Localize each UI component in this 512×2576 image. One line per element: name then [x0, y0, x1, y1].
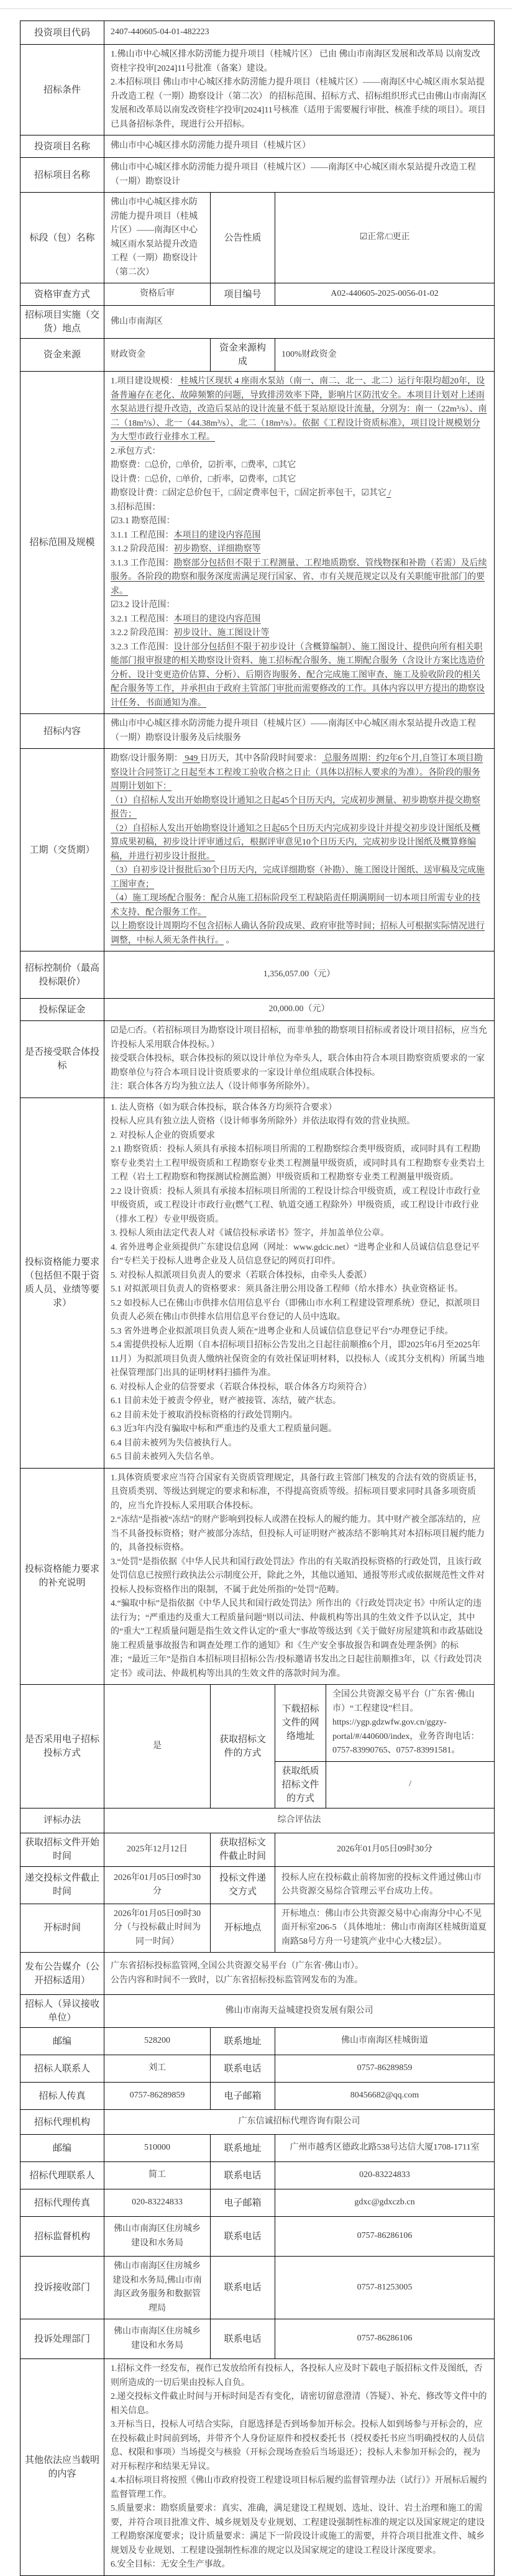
submission-deadline-value: 2026年01月05日09时30分: [104, 1866, 211, 1904]
tender-content-label: 招标内容: [21, 714, 104, 749]
table-row: 投资项目代码 2407-440605-04-01-482223: [21, 21, 495, 45]
scope-and-scale-label: 招标范围及规模: [21, 372, 104, 714]
paragraph: 5.4 需提供投标人近期（自本招标项目招标公告发出之日起往前顺推6个月，即202…: [111, 1339, 488, 1381]
evaluation-method-label: 评标办法: [21, 1808, 104, 1833]
paragraph: 5.2 如投标人已在佛山市供排水信用信息平台（即佛山市水利工程建设管理系统）登记…: [111, 1297, 488, 1325]
table-row: 招标人传真 0757-86289859 电子邮箱 80456682@qq.com: [21, 2083, 495, 2110]
table-row: 资金来源 财政资金 资金来源构成 100%财政资金: [21, 339, 495, 372]
table-row: 其他依法应当载明的内容 1.招标文件一经发布，视作已发放给所有投标人，各投标人应…: [21, 2359, 495, 2576]
paragraph: ☑3.2 设计范围：: [111, 598, 488, 613]
table-row: 投诉接收部门 佛山市南海区住房城乡建设和水务局,佛山市南海区政务服务和数据管理局…: [21, 2257, 495, 2319]
paragraph: 公告内容和时间不一致时，以广东省招标投标监管网发布的为准。: [111, 1974, 488, 1988]
top-divider: [0, 8, 512, 9]
submission-deadline-label: 递交投标文件截止时间: [21, 1866, 104, 1904]
table-row: 招标项目实施（交货）地点 佛山市南海区: [21, 306, 495, 339]
paragraph: 5. 对投标人拟派项目负责人的要求（若联合体投标，由牵头人委派）: [111, 1269, 488, 1283]
document-deadline-value: 2026年01月05日09时30分: [275, 1833, 495, 1866]
table-row: 招标项目名称 佛山市中心城区排水防涝能力提升项目（桂城片区）——南海区中心城区雨…: [21, 158, 495, 193]
opening-place-value: 开标地点：佛山市公共资源交易中心南海分中心不见面开标室206-5 （具体地址：佛…: [275, 1904, 495, 1953]
qualification-review-label: 资格审查方式: [21, 283, 104, 306]
agency-email-value: gdxc@gdxczb.cn: [275, 2189, 495, 2217]
paragraph: 5.1 对拟派项目负责人的资格要求：须具备注册公用设备工程师（给水排水）执业资格…: [111, 1283, 488, 1297]
tenderer-fax-label: 招标人传真: [21, 2083, 104, 2110]
table-row: 获取招标文件开始时间 2025年12月12日 获取招标文件截止时间 2026年0…: [21, 1833, 495, 1866]
paragraph: 3.1.1 工程范围：本项目的建设内容范围: [111, 529, 488, 543]
obtain-documents-method-label: 获取招标文件的方式: [211, 1685, 275, 1808]
tender-content-value: 佛山市中心城区排水防涝能力提升项目（桂城片区）——南海区中心城区雨水泵站提升改造…: [104, 714, 495, 749]
paragraph: 1. 法人资格（如为联合体投标，联合体各方均须符合要求）: [111, 1101, 488, 1116]
agency-phone-label: 联系电话: [211, 2162, 275, 2189]
supervision-phone-value: 0757-86286106: [275, 2217, 495, 2257]
control-price-value: 1,356,057.00（元）: [104, 951, 495, 999]
tenderer-address-label: 联系地址: [211, 2028, 275, 2055]
tenderer-contact-label: 招标人联系人: [21, 2055, 104, 2083]
qualification-supplement-label: 投标资格能力要求的补充说明: [21, 1468, 104, 1685]
paragraph: 1.项目建设规模： 桂城片区现状 4 座雨水泵站（南一、南二、北一、北二）运行年…: [111, 375, 488, 445]
table-row: 招标控制价（最高投标限价） 1,356,057.00（元）: [21, 951, 495, 999]
paragraph: 投标人应具有独立法人资格（设计师事务所除外）并依法取得有效的营业执照。: [111, 1115, 488, 1129]
table-row: 投资项目名称 佛山市中心城区排水防涝能力提升项目（桂城片区）: [21, 135, 495, 158]
table-row: 开标时间 2026年01月05日09时30分（与投标截止时间为同一时间） 开标地…: [21, 1904, 495, 1953]
table-row: 招标监督机构 佛山市南海区住房城乡建设和水务局 联系电话 0757-862861…: [21, 2217, 495, 2257]
other-contents-label: 其他依法应当载明的内容: [21, 2359, 104, 2576]
download-url-value: 全国公共资源交易平台（广东省·佛山市）“工程建设”栏目。https://ygp.…: [326, 1685, 495, 1762]
paragraph: 以上勘察设计周期均不包含招标人确认各阶段成果、政府审批等时间；招标人可根据实际情…: [111, 920, 488, 948]
table-row: 投标资格能力要求的补充说明 1.具体资质要求应当符合国家有关资质管理规定，具备行…: [21, 1468, 495, 1685]
opening-time-value: 2026年01月05日09时30分（与投标截止时间为同一时间）: [104, 1904, 211, 1953]
agency-email-label: 电子邮箱: [211, 2189, 275, 2217]
table-row: 资格审查方式 资格后审 项目编号 A02-440605-2025-0056-01…: [21, 283, 495, 306]
table-row: 招标人联系人 刘工 联系电话 0757-86289859: [21, 2055, 495, 2083]
agency-fax-value: 020-83224833: [104, 2189, 211, 2217]
tenderer-phone-label: 联系电话: [211, 2055, 275, 2083]
paragraph: 勘察设计费：□固定总价包干，□固定费率包干，□固定折率包干，☑其它 /: [111, 487, 488, 501]
complaint-handling-value: 佛山市南海区住房城乡建设和水务局: [104, 2319, 211, 2359]
delivery-location-value: 佛山市南海区: [104, 306, 495, 339]
tenderer-phone-value: 0757-86289859: [275, 2055, 495, 2083]
consortium-bid-label: 是否接受联合体投标: [21, 1021, 104, 1098]
paragraph: 1.招标文件一经发布，视作已发放给所有投标人，各投标人应及时下载电子版招标文件及…: [111, 2362, 488, 2390]
table-row: 是否接受联合体投标 ☑是/□否。（若招标项目为勘察设计项目招标，而非单独的勘察项…: [21, 1021, 495, 1098]
table-row: 发布公告媒介（公开招标适用） 广东省招标投标监管网,全国公共资源交易平台（广东省…: [21, 1953, 495, 1995]
paragraph: 3. 投标人须由法定代表人对《诚信投标承诺书》签字，并加盖单位公章。: [111, 1227, 488, 1241]
duration-value: 勘察/设计服务期： 949 日历天，其中各阶段时间要求： 总服务周期：约2年6个…: [104, 749, 495, 951]
paper-documents-value: /: [326, 1761, 495, 1808]
tender-conditions-label: 招标条件: [21, 45, 104, 135]
opening-time-label: 开标时间: [21, 1904, 104, 1953]
submission-method-value: 投标人应在投标截止前将加密的投标文件通过佛山市公共资源交易综合管理云平台成功上传…: [275, 1866, 495, 1904]
paragraph: 2.本招标项目 佛山市中心城区排水防涝能力提升项目（桂城片区）——南海区中心城区…: [111, 76, 488, 132]
complaint-receiving-phone-label: 联系电话: [211, 2257, 275, 2319]
investment-project-name-value: 佛山市中心城区排水防涝能力提升项目（桂城片区）: [104, 135, 495, 158]
table-row: 招标人（异议接收单位） 佛山市南海天益城建投资发展有限公司: [21, 1995, 495, 2028]
paragraph: 3.2.1 工程范围：本项目的建设内容范围: [111, 613, 488, 627]
tenderer-postcode-value: 528200: [104, 2028, 211, 2055]
agency-label: 招标代理机构: [21, 2110, 104, 2135]
paragraph: 3.1.2 阶段范围：初步勘察、详细勘察等: [111, 543, 488, 557]
paragraph: 5.3 省外进粤企业拟派项目负责人须在“进粤企业和人员诚信信息登记平台”办理登记…: [111, 1325, 488, 1339]
paragraph: 3.“处罚”是指依据《中华人民共和国行政处罚法》作出的有关取消投标资格的行政处罚…: [111, 1556, 488, 1598]
paragraph: 6.安全目标：无安全生产事故。: [111, 2558, 488, 2572]
paragraph: 3.开标当日，投标人可结合实际，自愿选择是否到场参加开标会。投标人如到场参与开标…: [111, 2418, 488, 2474]
announcement-media-value: 广东省招标投标监管网,全国公共资源交易平台（广东省·佛山市）。公告内容和时间不一…: [104, 1953, 495, 1995]
opening-place-label: 开标地点: [211, 1904, 275, 1953]
control-price-label: 招标控制价（最高投标限价）: [21, 951, 104, 999]
funding-composition-value: 100%财政资金: [275, 339, 495, 372]
bid-deposit-value: 20,000.00（元）: [104, 999, 495, 1021]
paper-documents-label: 获取纸质招标文件的方式: [275, 1761, 326, 1808]
paragraph: 6.2 目前未处于被取消投标资格的行政处罚期内。: [111, 1409, 488, 1423]
paragraph: 3.招标范围：: [111, 501, 488, 515]
table-row: 是否采用电子招标投标方式 是 获取招标文件的方式 下载招标文件的网络地址 全国公…: [21, 1685, 495, 1762]
project-number-value: A02-440605-2025-0056-01-02: [275, 283, 495, 306]
announcement-nature-value: ☑正常/□更正: [275, 193, 495, 283]
document-start-time-label: 获取招标文件开始时间: [21, 1833, 104, 1866]
tenderer-label: 招标人（异议接收单位）: [21, 1995, 104, 2028]
table-row: 标段（包）名称 佛山市中心城区排水防涝能力提升项目（桂城片区）——南海区中心城区…: [21, 193, 495, 283]
bid-deposit-label: 投标保证金: [21, 999, 104, 1021]
tenderer-email-label: 电子邮箱: [211, 2083, 275, 2110]
table-row: 投标资格能力要求（包括但不限于资质人员、业绩等要求） 1. 法人资格（如为联合体…: [21, 1098, 495, 1468]
tenderer-value: 佛山市南海天益城建投资发展有限公司: [104, 1995, 495, 2028]
qualification-review-value: 资格后审: [104, 283, 211, 306]
project-number-label: 项目编号: [211, 283, 275, 306]
agency-postcode-value: 510000: [104, 2135, 211, 2162]
investment-project-name-label: 投资项目名称: [21, 135, 104, 158]
complaint-handling-phone-label: 联系电话: [211, 2319, 275, 2359]
supervision-agency-label: 招标监督机构: [21, 2217, 104, 2257]
paragraph: 3.1.3 工作范围：勘察部分包括但不限于工程测量、工程地质勘察、管线物探和补勘…: [111, 557, 488, 599]
table-row: 招标代理传真 020-83224833 电子邮箱 gdxc@gdxczb.cn: [21, 2189, 495, 2217]
paragraph: 4.“骗取中标”是指依据《中华人民共和国行政处罚法》所作出的《行政处罚决定书》中…: [111, 1597, 488, 1681]
paragraph: 勘察/设计服务期： 949 日历天，其中各阶段时间要求： 总服务周期：约2年6个…: [111, 752, 488, 794]
section-package-name-value: 佛山市中心城区排水防涝能力提升项目（桂城片区）——南海区中心城区雨水泵站提升改造…: [104, 193, 211, 283]
complaint-receiving-label: 投诉接收部门: [21, 2257, 104, 2319]
supervision-phone-label: 联系电话: [211, 2217, 275, 2257]
duration-label: 工期（交货期）: [21, 749, 104, 951]
scope-and-scale-value: 1.项目建设规模： 桂城片区现状 4 座雨水泵站（南一、南二、北一、北二）运行年…: [104, 372, 495, 714]
electronic-bidding-value: 是: [104, 1685, 211, 1808]
tenderer-contact-value: 刘工: [104, 2055, 211, 2083]
tender-announcement-table: 投资项目代码 2407-440605-04-01-482223 招标条件 1.佛…: [20, 21, 495, 2576]
consortium-bid-value: ☑是/□否。（若招标项目为勘察设计项目招标，而非单独的勘察项目招标或者设计项目招…: [104, 1021, 495, 1098]
paragraph: 6.5 目前未被列入失信名单。: [111, 1451, 488, 1465]
agency-address-label: 联系地址: [211, 2135, 275, 2162]
paragraph: 4.本招标项目将按照《佛山市政府投资工程建设项目标后履约监督管理办法（试行）》开…: [111, 2474, 488, 2502]
paragraph: 6.3 近3年内没有骗取中标和严重违约及重大工程质量问题。: [111, 1423, 488, 1437]
paragraph: （3）自初步设计报批后30个日历天内，完成详细勘察（补勘）、施工图设计图纸、送审…: [111, 864, 488, 892]
paragraph: 2.“冻结”是指被“冻结”的财产影响到投标人或潜在投标人的履约能力。其中财产被全…: [111, 1513, 488, 1556]
supervision-agency-value: 佛山市南海区住房城乡建设和水务局: [104, 2217, 211, 2257]
tender-conditions-value: 1.佛山市中心城区排水防涝能力提升项目（桂城片区） 已由 佛山市南海区发展和改革…: [104, 45, 495, 135]
funding-source-label: 资金来源: [21, 339, 104, 372]
download-url-label: 下载招标文件的网络地址: [275, 1685, 326, 1762]
table-row: 招标条件 1.佛山市中心城区排水防涝能力提升项目（桂城片区） 已由 佛山市南海区…: [21, 45, 495, 135]
paragraph: 1.佛山市中心城区排水防涝能力提升项目（桂城片区） 已由 佛山市南海区发展和改革…: [111, 48, 488, 76]
paragraph: 2.2 设计资质：投标人须具有承接本招标项目所需的工程设计综合甲级资质，或工程设…: [111, 1185, 488, 1227]
tenderer-postcode-label: 邮编: [21, 2028, 104, 2055]
paragraph: 4. 省外进粤企业须提供广东建设信息网（网址：www.gdcic.net）“进粤…: [111, 1241, 488, 1269]
qualification-supplement-value: 1.具体资质要求应当符合国家有关资质管理规定，具备行政主管部门核发的合法有效的资…: [104, 1468, 495, 1685]
agency-contact-value: 简工: [104, 2162, 211, 2189]
other-contents-value: 1.招标文件一经发布，视作已发放给所有投标人，各投标人应及时下载电子版招标文件及…: [104, 2359, 495, 2576]
document-deadline-label: 获取招标文件截止时间: [211, 1833, 275, 1866]
paragraph: 广东省招标投标监管网,全国公共资源交易平台（广东省·佛山市）。: [111, 1960, 488, 1974]
paragraph: 6. 对投标人企业的信誉要求（若联合体投标，联合体各方均须符合）: [111, 1381, 488, 1395]
paragraph: 1.具体资质要求应当符合国家有关资质管理规定，具备行政主管部门核发的合法有效的资…: [111, 1472, 488, 1514]
agency-address-value: 广州市越秀区德政北路538号达信大厦1708-1711室: [275, 2135, 495, 2162]
tenderer-address-value: 佛山市南海区桂城街道: [275, 2028, 495, 2055]
tender-project-name-value: 佛山市中心城区排水防涝能力提升项目（桂城片区）——南海区中心城区雨水泵站提升改造…: [104, 158, 495, 193]
paragraph: 5.质量要求：勘察质量要求：真实、准确，满足建设工程规划、选址、设计、岩土治理和…: [111, 2502, 488, 2558]
tenderer-fax-value: 0757-86289859: [104, 2083, 211, 2110]
document-start-time-value: 2025年12月12日: [104, 1833, 211, 1866]
investment-code-label: 投资项目代码: [21, 21, 104, 45]
agency-fax-label: 招标代理传真: [21, 2189, 104, 2217]
investment-code-value: 2407-440605-04-01-482223: [104, 21, 495, 45]
table-row: 投诉处理部门 佛山市南海区住房城乡建设和水务局 联系电话 0757-862861…: [21, 2319, 495, 2359]
table-row: 招标代理机构 广东信诚招标代理咨询有限公司: [21, 2110, 495, 2135]
agency-value: 广东信诚招标代理咨询有限公司: [104, 2110, 495, 2135]
announcement-media-label: 发布公告媒介（公开招标适用）: [21, 1953, 104, 1995]
tenderer-email-value: 80456682@qq.com: [275, 2083, 495, 2110]
electronic-bidding-label: 是否采用电子招标投标方式: [21, 1685, 104, 1808]
table-row: 递交投标文件截止时间 2026年01月05日09时30分 投标文件递交方式 投标…: [21, 1866, 495, 1904]
complaint-receiving-value: 佛山市南海区住房城乡建设和水务局,佛山市南海区政务服务和数据管理局: [104, 2257, 211, 2319]
paragraph: 勘察费：□总价，□单价，☑折率，□费率，□其它: [111, 459, 488, 473]
tender-project-name-label: 招标项目名称: [21, 158, 104, 193]
table-row: 邮编 528200 联系地址 佛山市南海区桂城街道: [21, 2028, 495, 2055]
table-row: 评标办法 综合评估法: [21, 1808, 495, 1833]
complaint-receiving-phone-value: 0757-81253005: [275, 2257, 495, 2319]
announcement-nature-label: 公告性质: [211, 193, 275, 283]
funding-composition-label: 资金来源构成: [211, 339, 275, 372]
table-row: 工期（交货期） 勘察/设计服务期： 949 日历天，其中各阶段时间要求： 总服务…: [21, 749, 495, 951]
agency-contact-label: 招标代理联系人: [21, 2162, 104, 2189]
paragraph: 2. 对投标人企业的资质要求: [111, 1129, 488, 1144]
paragraph: ☑是/□否。（若招标项目为勘察设计项目招标，而非单独的勘察项目招标或者设计项目招…: [111, 1024, 488, 1052]
table-row: 邮编 510000 联系地址 广州市越秀区德政北路538号达信大厦1708-17…: [21, 2135, 495, 2162]
table-row: 招标内容 佛山市中心城区排水防涝能力提升项目（桂城片区）——南海区中心城区雨水泵…: [21, 714, 495, 749]
paragraph: （4）施工现场配合服务：配合从施工招标阶段至工程缺陷责任期满期间一切本项目所需专…: [111, 892, 488, 920]
submission-method-label: 投标文件递交方式: [211, 1866, 275, 1904]
agency-phone-value: 020-83224833: [275, 2162, 495, 2189]
evaluation-method-value: 综合评估法: [104, 1808, 495, 1833]
paragraph: 注：联合体各方均为独立法人（设计师事务所除外）。: [111, 1080, 488, 1094]
paragraph: ☑3.1 勘察范围：: [111, 515, 488, 529]
agency-postcode-label: 邮编: [21, 2135, 104, 2162]
tender-announcement-page: 投资项目代码 2407-440605-04-01-482223 招标条件 1.佛…: [0, 0, 512, 2446]
section-package-name-label: 标段（包）名称: [21, 193, 104, 283]
table-row: 招标代理联系人 简工 联系电话 020-83224833: [21, 2162, 495, 2189]
paragraph: 6.4 目前未被列为失信被执行人。: [111, 1437, 488, 1451]
table-row: 招标范围及规模 1.项目建设规模： 桂城片区现状 4 座雨水泵站（南一、南二、北…: [21, 372, 495, 714]
paragraph: 2.递交投标文件截止时间与开标时间是否有变化，请密切留意澄清（答疑）、补充、修改…: [111, 2390, 488, 2418]
paragraph: （1）自招标人发出开始勘察设计通知之日起45个日历天内，完成初步测量、初步勘察并…: [111, 794, 488, 822]
bidder-qualification-value: 1. 法人资格（如为联合体投标，联合体各方均须符合要求）投标人应具有独立法人资格…: [104, 1098, 495, 1468]
paragraph: 3.2.2 阶段范围：初步设计、施工图设计等: [111, 626, 488, 641]
funding-source-value: 财政资金: [104, 339, 211, 372]
delivery-location-label: 招标项目实施（交货）地点: [21, 306, 104, 339]
paragraph: （2）自招标人发出开始勘察设计通知之日起65个日历天内完成初步设计并提交初步设计…: [111, 822, 488, 864]
table-row: 投标保证金 20,000.00（元）: [21, 999, 495, 1021]
complaint-handling-label: 投诉处理部门: [21, 2319, 104, 2359]
paragraph: 接受联合体投标，联合体投标的须以设计单位为牵头人，联合体由符合本项目勘察资质要求…: [111, 1052, 488, 1080]
paragraph: 3.2.3 工作范围：设计部分包括但不限于初步设计（含概算编制）、施工图设计、提…: [111, 641, 488, 711]
paragraph: 设计费：□总价，□单价，□折率，☑费率，□其它: [111, 473, 488, 487]
paragraph: 2.1 勘察资质：投标人须具有承接本招标项目所需的工程勘察综合类甲级资质，或同时…: [111, 1143, 488, 1185]
paragraph: 2.承包方式：: [111, 445, 488, 459]
paragraph: 6.1 目前未处于被责令停业，财产被接管、冻结，破产状态。: [111, 1395, 488, 1409]
complaint-handling-phone-value: 0757-86286106: [275, 2319, 495, 2359]
bidder-qualification-label: 投标资格能力要求（包括但不限于资质人员、业绩等要求）: [21, 1098, 104, 1468]
